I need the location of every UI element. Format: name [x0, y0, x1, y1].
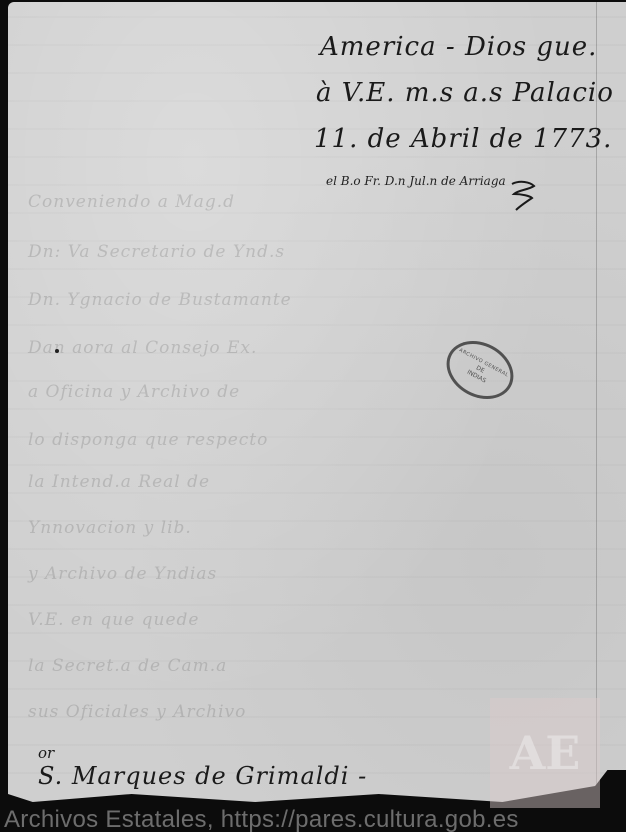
source-watermark: Archivos Estatales, https://pares.cultur…	[4, 806, 519, 832]
ink-dot	[55, 349, 59, 353]
closing-line-1: America - Dios gue.	[320, 32, 597, 62]
archive-stamp: ARCHIVO GENERAL DE INDIAS	[436, 330, 523, 411]
signature: el B.o Fr. D.n Jul.n de Arriaga	[326, 174, 506, 188]
bleed-through-text: a Oficina y Archivo de	[28, 382, 240, 402]
closing-date-line: 11. de Abril de 1773.	[314, 124, 612, 154]
bleed-through-text: sus Oficiales y Archivo	[28, 702, 246, 722]
document-viewer: Conveniendo a Mag.d Dn: Va Secretario de…	[0, 0, 626, 832]
fold-line	[596, 2, 597, 802]
bleed-through-text: Ynnovacion y lib.	[28, 518, 192, 538]
address-superscript: or	[38, 744, 54, 762]
bleed-through-text: Conveniendo a Mag.d	[28, 192, 235, 212]
bleed-through-text: la Secret.a de Cam.a	[28, 656, 227, 676]
addressee-line: S. Marques de Grimaldi -	[38, 762, 367, 790]
bleed-through-text: Dn. Ygnacio de Bustamante	[28, 290, 292, 310]
rubric-flourish-icon	[508, 178, 538, 212]
archive-logo-watermark: AE	[490, 698, 600, 808]
bleed-through-text: lo disponga que respecto	[28, 430, 268, 450]
document-page: Conveniendo a Mag.d Dn: Va Secretario de…	[8, 2, 626, 802]
bleed-through-text: Dan aora al Consejo Ex.	[28, 338, 257, 358]
bleed-through-text: V.E. en que quede	[28, 610, 199, 630]
bleed-through-text: y Archivo de Yndias	[28, 564, 217, 584]
closing-line-2: à V.E. m.s a.s Palacio	[316, 78, 614, 108]
bleed-through-text: Dn: Va Secretario de Ynd.s	[28, 242, 285, 262]
bleed-through-text: la Intend.a Real de	[28, 472, 210, 492]
